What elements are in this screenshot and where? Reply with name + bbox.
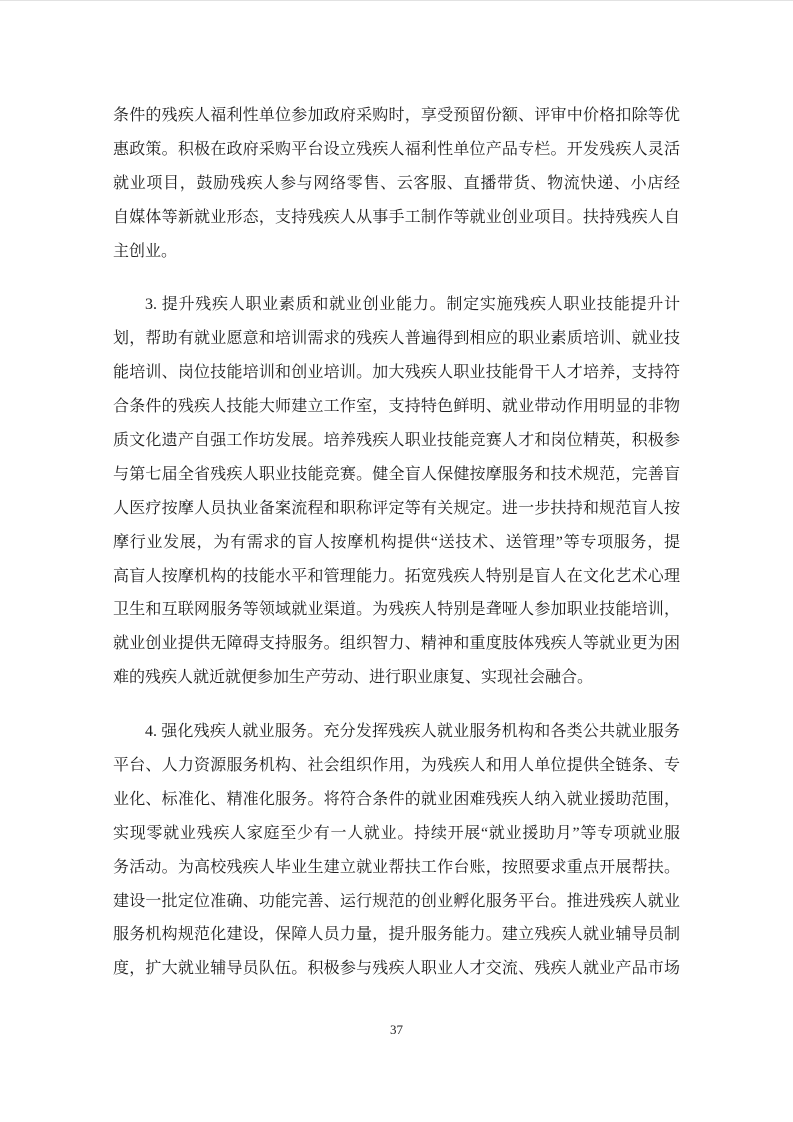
text-line: 务活动。为高校残疾人毕业生建立就业帮扶工作台账，按照要求重点开展帮扶。 xyxy=(113,851,680,885)
text-line: 合条件的残疾人技能大师建立工作室，支持特色鲜明、就业带动作用明显的非物 xyxy=(113,390,680,424)
text-line: 高盲人按摩机构的技能水平和管理能力。拓宽残疾人特别是盲人在文化艺术心理 xyxy=(113,560,680,594)
text-line: 自媒体等新就业形态，支持残疾人从事手工制作等就业创业项目。扶持残疾人自 xyxy=(113,201,680,235)
text-line: 度，扩大就业辅导员队伍。积极参与残疾人职业人才交流、残疾人就业产品市场 xyxy=(113,952,680,986)
text-line: 与第七届全省残疾人职业技能竞赛。健全盲人保健按摩服务和技术规范，完善盲 xyxy=(113,458,680,492)
text-line: 实现零就业残疾人家庭至少有一人就业。持续开展“就业援助月”等专项就业服 xyxy=(113,817,680,851)
text-line: 能培训、岗位技能培训和创业培训。加大残疾人职业技能骨干人才培养，支持符 xyxy=(113,356,680,390)
text-line: 惠政策。积极在政府采购平台设立残疾人福利性单位产品专栏。开发残疾人灵活 xyxy=(113,133,680,167)
page-top-edge xyxy=(0,0,793,1)
document-body: 条件的残疾人福利性单位参加政府采购时，享受预留份额、评审中价格扣除等优惠政策。积… xyxy=(113,99,680,1006)
text-line: 主创业。 xyxy=(113,235,680,269)
text-line: 人医疗按摩人员执业备案流程和职称评定等有关规定。进一步扶持和规范盲人按 xyxy=(113,492,680,526)
text-line: 3. 提升残疾人职业素质和就业创业能力。制定实施残疾人职业技能提升计 xyxy=(113,288,680,322)
text-line: 服务机构规范化建设，保障人员力量，提升服务能力。建立残疾人就业辅导员制 xyxy=(113,918,680,952)
text-line: 划，帮助有就业愿意和培训需求的残疾人普遍得到相应的职业素质培训、就业技 xyxy=(113,322,680,356)
text-line: 建设一批定位准确、功能完善、运行规范的创业孵化服务平台。推进残疾人就业 xyxy=(113,885,680,919)
page-footer: 37 xyxy=(0,1021,793,1039)
text-line: 条件的残疾人福利性单位参加政府采购时，享受预留份额、评审中价格扣除等优 xyxy=(113,99,680,133)
text-line: 4. 强化残疾人就业服务。充分发挥残疾人就业服务机构和各类公共就业服务 xyxy=(113,715,680,749)
document-page: 条件的残疾人福利性单位参加政府采购时，享受预留份额、评审中价格扣除等优惠政策。积… xyxy=(0,0,793,1122)
text-line: 业化、标准化、精准化服务。将符合条件的就业困难残疾人纳入就业援助范围， xyxy=(113,783,680,817)
text-line: 就业创业提供无障碍支持服务。组织智力、精神和重度肢体残疾人等就业更为困 xyxy=(113,627,680,661)
text-line: 摩行业发展，为有需求的盲人按摩机构提供“送技术、送管理”等专项服务，提 xyxy=(113,526,680,560)
text-line: 难的残疾人就近就便参加生产劳动、进行职业康复、实现社会融合。 xyxy=(113,661,680,695)
text-line: 卫生和互联网服务等领域就业渠道。为残疾人特别是聋哑人参加职业技能培训， xyxy=(113,593,680,627)
page-number: 37 xyxy=(390,1022,403,1037)
paragraph: 3. 提升残疾人职业素质和就业创业能力。制定实施残疾人职业技能提升计划，帮助有就… xyxy=(113,288,680,695)
text-line: 就业项目，鼓励残疾人参与网络零售、云客服、直播带货、物流快递、小店经济、 xyxy=(113,167,680,201)
paragraph: 条件的残疾人福利性单位参加政府采购时，享受预留份额、评审中价格扣除等优惠政策。积… xyxy=(113,99,680,268)
text-line: 质文化遗产自强工作坊发展。培养残疾人职业技能竞赛人才和岗位精英，积极参 xyxy=(113,424,680,458)
paragraph: 4. 强化残疾人就业服务。充分发挥残疾人就业服务机构和各类公共就业服务平台、人力… xyxy=(113,715,680,986)
text-line: 平台、人力资源服务机构、社会组织作用，为残疾人和用人单位提供全链条、专 xyxy=(113,749,680,783)
